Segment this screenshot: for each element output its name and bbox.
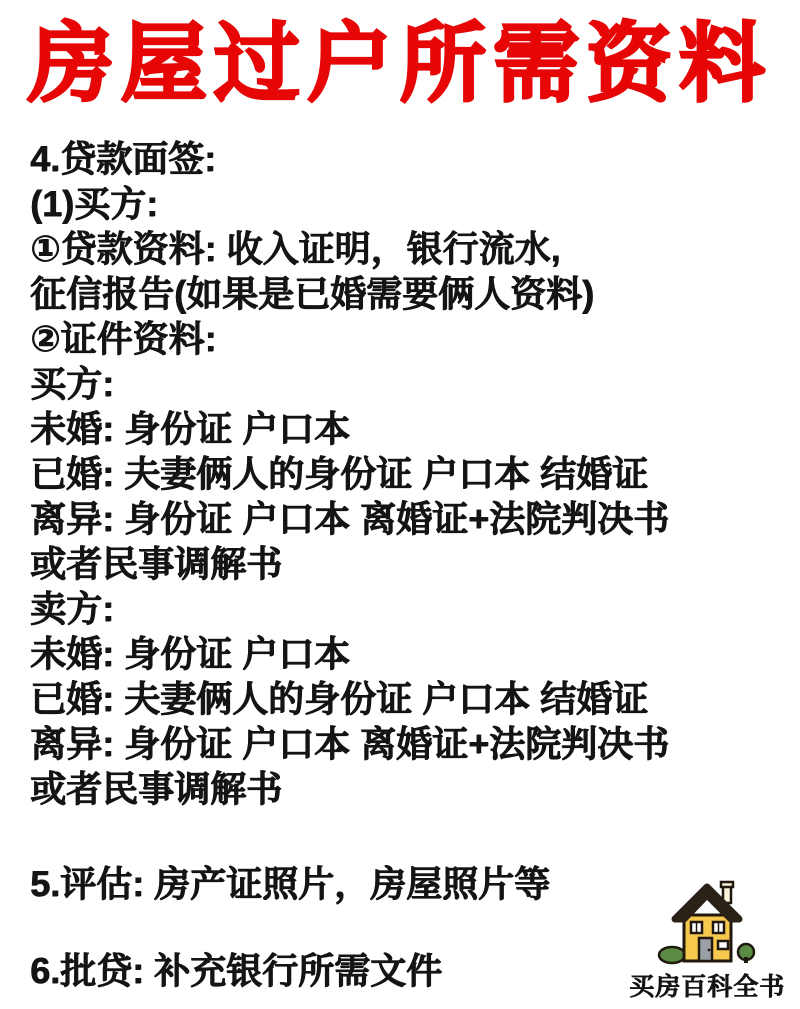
page-title: 房屋过户所需资料: [18, 6, 782, 122]
poster-page: 房屋过户所需资料 4.贷款面签: (1)买方: ①贷款资料: 收入证明，银行流水…: [0, 0, 800, 1009]
watermark-logo: 买房百科全书: [622, 873, 792, 1003]
text-line: 已婚: 夫妻俩人的身份证 户口本 结婚证: [30, 676, 782, 721]
text-line: 离异: 身份证 户口本 离婚证+法院判决书: [30, 721, 782, 766]
text-line: 买方:: [30, 361, 782, 406]
text-line: (1)买方:: [30, 181, 782, 226]
text-line: 卖方:: [30, 586, 782, 631]
text-line: 已婚: 夫妻俩人的身份证 户口本 结婚证: [30, 451, 782, 496]
watermark-label: 买房百科全书: [622, 967, 792, 1003]
text-line: ①贷款资料: 收入证明，银行流水,: [30, 226, 782, 271]
text-line: 或者民事调解书: [30, 541, 782, 586]
text-line: 未婚: 身份证 户口本: [30, 406, 782, 451]
text-line: 离异: 身份证 户口本 离婚证+法院判决书: [30, 496, 782, 541]
text-line: 或者民事调解书: [30, 766, 782, 811]
text-line: ②证件资料:: [30, 316, 782, 361]
text-line: 4.贷款面签:: [30, 136, 782, 181]
text-line: 未婚: 身份证 户口本: [30, 631, 782, 676]
text-line: 征信报告(如果是已婚需要俩人资料): [30, 271, 782, 316]
house-icon: [657, 873, 757, 965]
body-text: 4.贷款面签: (1)买方: ①贷款资料: 收入证明，银行流水, 征信报告(如果…: [30, 136, 782, 993]
